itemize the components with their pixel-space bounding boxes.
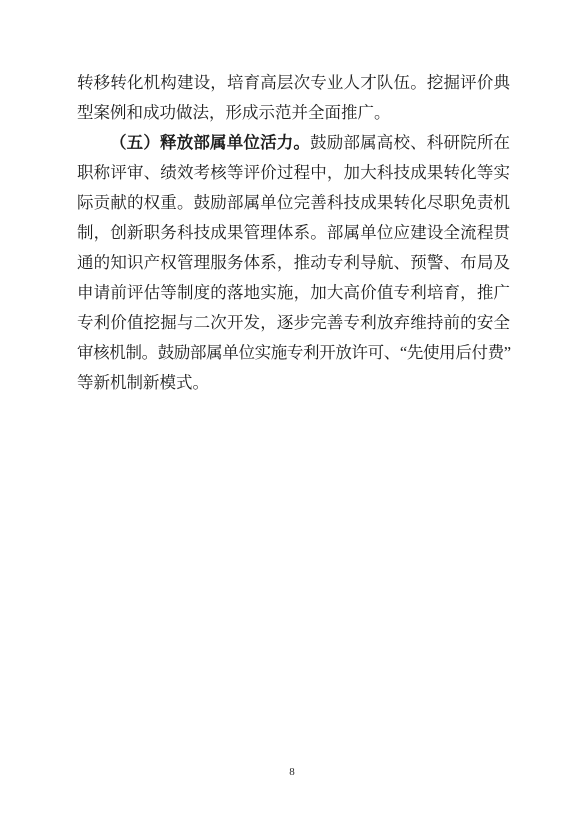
- paragraph2-line-text: 鼓励部属高校、科研院所在: [310, 133, 510, 152]
- paragraph2-line: 职称评审、绩效考核等评价过程中，加大科技成果转化等实: [77, 158, 510, 188]
- page-number: 8: [0, 765, 584, 779]
- paragraph1-line: 转移转化机构建设，培育高层次专业人才队伍。挖掘评价典: [77, 68, 510, 98]
- paragraph2-line: 专利价值挖掘与二次开发，逐步完善专利放弃维持前的安全: [77, 308, 510, 338]
- paragraph2-first-line: （五）释放部属单位活力。鼓励部属高校、科研院所在: [77, 128, 510, 158]
- section-heading: （五）释放部属单位活力。: [110, 133, 310, 152]
- paragraph2-line: 申请前评估等制度的落地实施，加大高价值专利培育，推广: [77, 278, 510, 308]
- paragraph1-line: 型案例和成功做法，形成示范并全面推广。: [77, 98, 510, 128]
- paragraph2-line: 制，创新职务科技成果管理体系。部属单位应建设全流程贯: [77, 218, 510, 248]
- paragraph2-line: 通的知识产权管理服务体系，推动专利导航、预警、布局及: [77, 248, 510, 278]
- paragraph2-line: 审核机制。鼓励部属单位实施专利开放许可、“先使用后付费”: [77, 338, 510, 368]
- body-text-block: 转移转化机构建设，培育高层次专业人才队伍。挖掘评价典 型案例和成功做法，形成示范…: [77, 68, 510, 398]
- paragraph2-line: 际贡献的权重。鼓励部属单位完善科技成果转化尽职免责机: [77, 188, 510, 218]
- document-page: 转移转化机构建设，培育高层次专业人才队伍。挖掘评价典 型案例和成功做法，形成示范…: [0, 0, 584, 829]
- paragraph2-line: 等新机制新模式。: [77, 368, 510, 398]
